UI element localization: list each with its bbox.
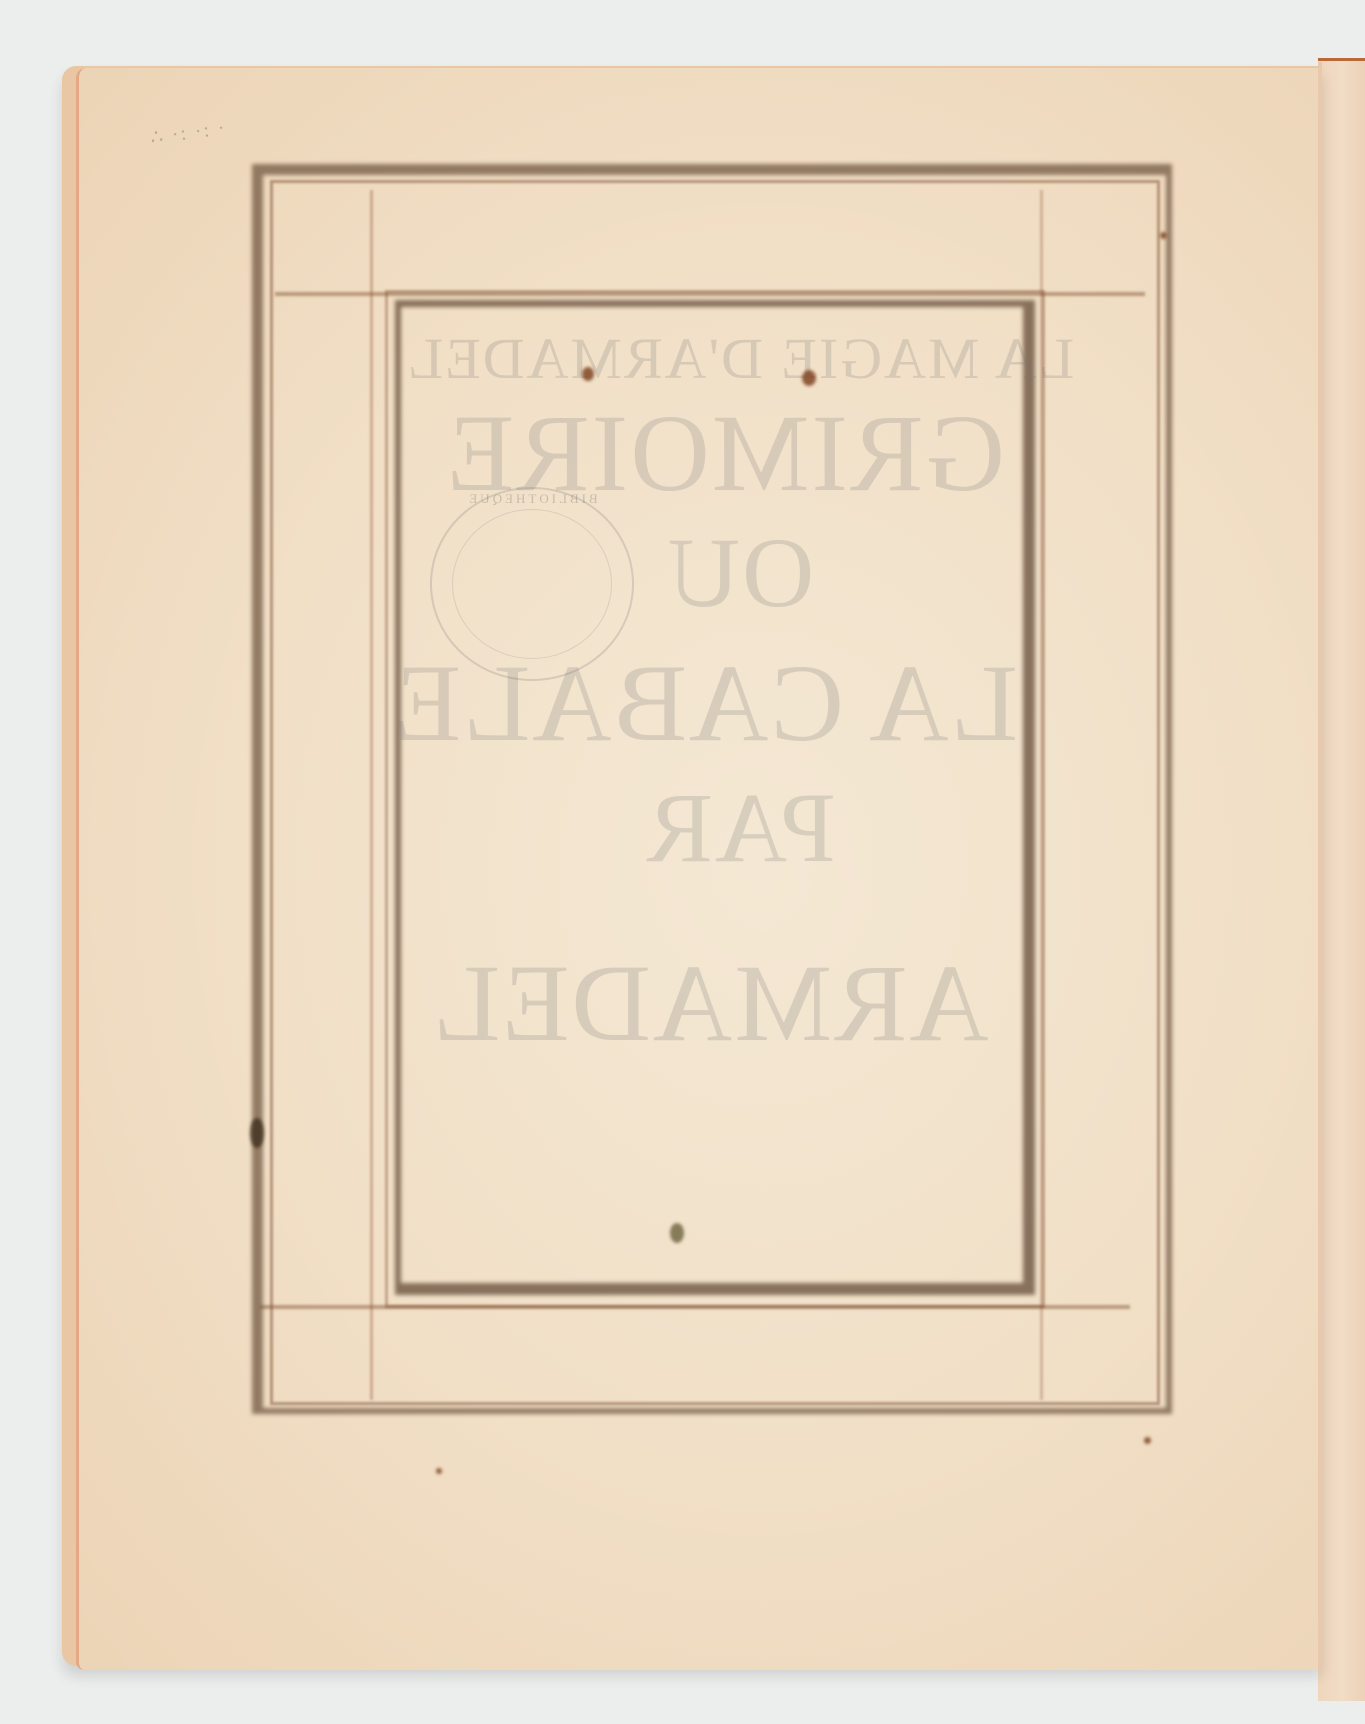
burn-spot bbox=[670, 1223, 684, 1243]
burn-spot bbox=[582, 367, 594, 381]
showthrough-par: PAR bbox=[300, 770, 1180, 885]
showthrough-la-cabale: LA CABALE bbox=[345, 640, 1065, 767]
burn-spot bbox=[1160, 232, 1167, 239]
burn-spot bbox=[436, 1468, 442, 1474]
burn-spot bbox=[802, 370, 816, 386]
page-gutter bbox=[1318, 62, 1322, 1674]
library-stamp: BIBLIOTHEQUE bbox=[430, 487, 634, 681]
stamp-text: BIBLIOTHEQUE bbox=[432, 491, 632, 507]
showthrough-title-line: LA MAGIE D'ARMADEL bbox=[300, 325, 1180, 392]
book-binding-edge bbox=[1318, 58, 1365, 1701]
burn-spot bbox=[250, 1118, 264, 1148]
stamp-inner-ring bbox=[452, 509, 612, 659]
showthrough-armadel: ARMADEL bbox=[360, 940, 1060, 1067]
burn-spot bbox=[1144, 1437, 1151, 1444]
